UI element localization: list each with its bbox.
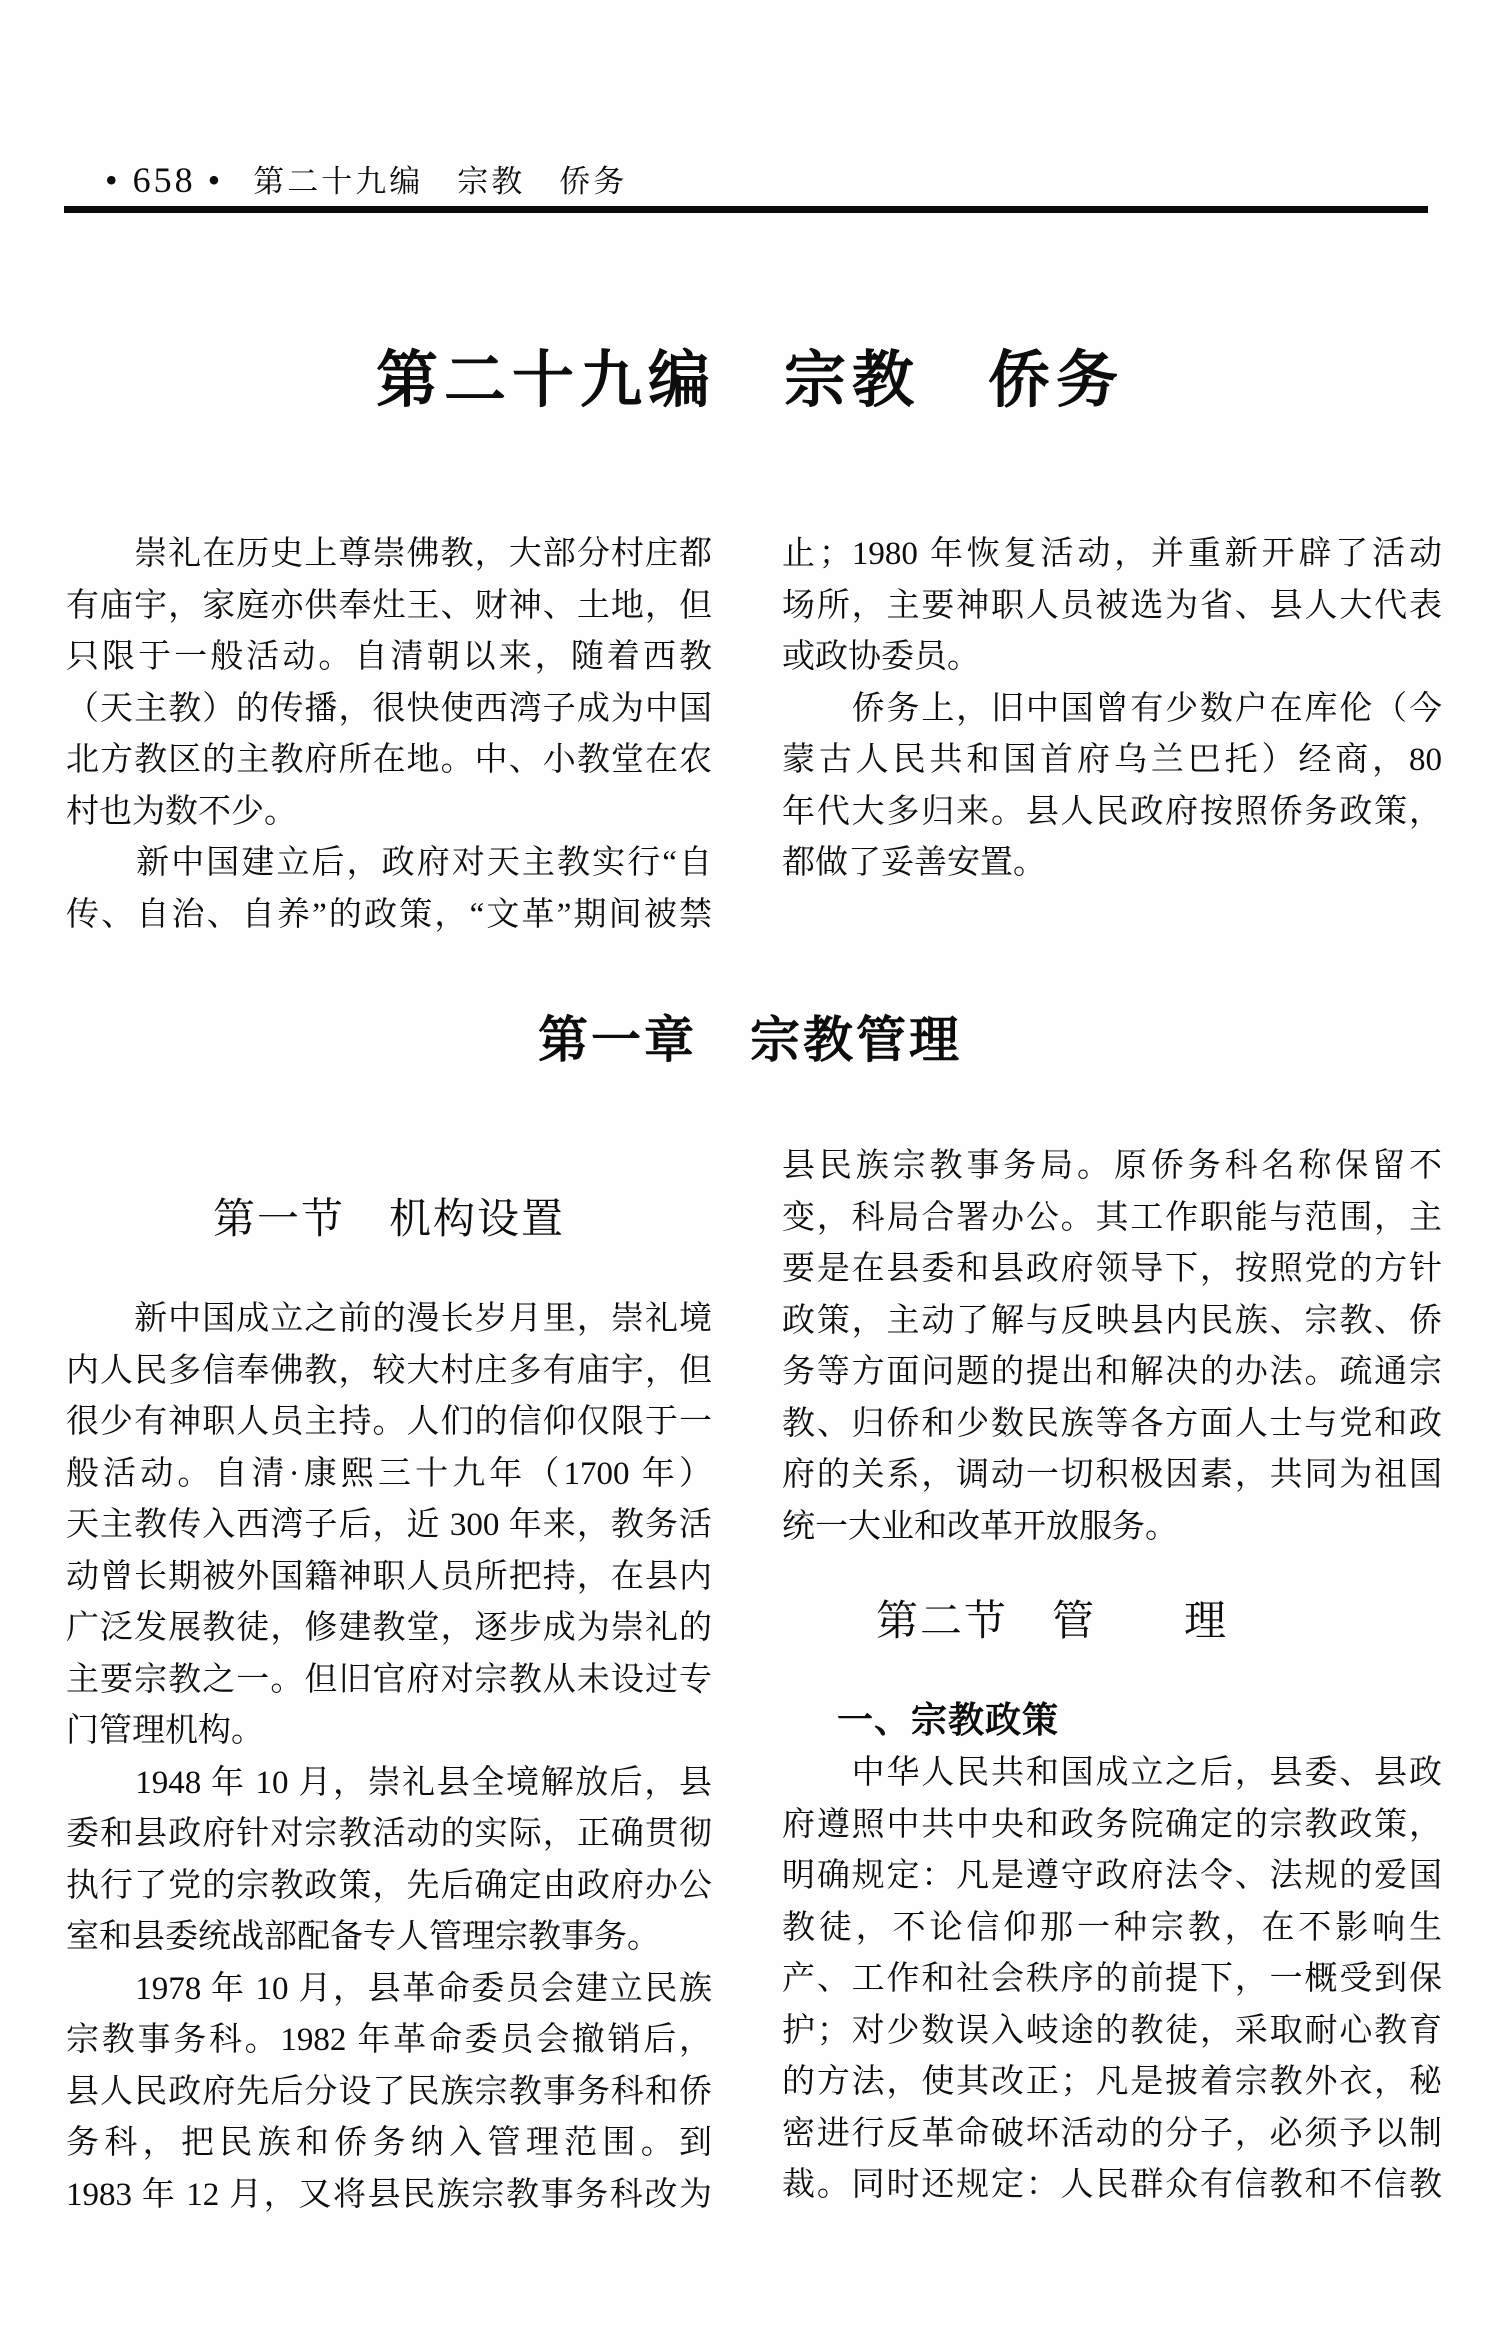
text-line: 侨务上，旧中国曾有少数户在库伦（今 xyxy=(782,684,1442,736)
scanned-book-page: • 658 •第二十九编 宗教 侨务 第二十九编 宗教 侨务 崇礼在历史上尊崇佛… xyxy=(0,0,1500,2331)
text-line: 委和县政府针对宗教活动的实际，正确贯彻 xyxy=(66,1809,712,1861)
page-number: • 658 • xyxy=(105,160,223,200)
section2-heading: 第二节 管 理 xyxy=(782,1588,1322,1648)
text-line: 动曾长期被外国籍神职人员所把持，在县内 xyxy=(66,1552,712,1604)
text-line: 年代大多归来。县人民政府按照侨务政策， xyxy=(782,787,1442,839)
text-line: 般活动。自清·康熙三十九年（1700 年） xyxy=(66,1449,712,1501)
text-line: 府遵照中共中央和政务院确定的宗教政策， xyxy=(782,1800,1442,1852)
text-line: 明确规定：凡是遵守政府法令、法规的爱国 xyxy=(782,1851,1442,1903)
text-line: 室和县委统战部配备专人管理宗教事务。 xyxy=(66,1912,712,1964)
text-line: 变，科局合署办公。其工作职能与范围，主 xyxy=(782,1193,1442,1245)
text-line: 的方法，使其改正；凡是披着宗教外衣，秘 xyxy=(782,2057,1442,2109)
text-line: 教、归侨和少数民族等各方面人士与党和政 xyxy=(782,1399,1442,1451)
text-line: 很少有神职人员主持。人们的信仰仅限于一 xyxy=(66,1397,712,1449)
text-line: 执行了党的宗教政策，先后确定由政府办公 xyxy=(66,1861,712,1913)
text-line: 县民族宗教事务局。原侨务科名称保留不 xyxy=(782,1141,1442,1193)
left-column-intro-text: 崇礼在历史上尊崇佛教，大部分村庄都有庙宇，家庭亦供奉灶王、财神、土地，但只限于一… xyxy=(66,529,712,941)
text-line: 场所，主要神职人员被选为省、县人大代表 xyxy=(782,581,1442,633)
text-line: 裁。同时还规定：人民群众有信教和不信教 xyxy=(782,2160,1442,2212)
right-column-body-text: 县民族宗教事务局。原侨务科名称保留不变，科局合署办公。其工作职能与范围，主要是在… xyxy=(782,1141,1442,1553)
text-line: 门管理机构。 xyxy=(66,1706,712,1758)
text-line: 内人民多信奉佛教，较大村庄多有庙宇，但 xyxy=(66,1346,712,1398)
text-line: 护；对少数误入岐途的教徒，采取耐心教育 xyxy=(782,2006,1442,2058)
text-line: 1948 年 10 月，崇礼县全境解放后，县 xyxy=(66,1758,712,1810)
text-line: 产、工作和社会秩序的前提下，一概受到保 xyxy=(782,1954,1442,2006)
text-line: 中华人民共和国成立之后，县委、县政 xyxy=(782,1748,1442,1800)
text-line: 村也为数不少。 xyxy=(66,787,712,839)
text-line: 教徒，不论信仰那一种宗教，在不影响生 xyxy=(782,1903,1442,1955)
text-line: 北方教区的主教府所在地。中、小教堂在农 xyxy=(66,735,712,787)
text-line: （天主教）的传播，很快使西湾子成为中国 xyxy=(66,684,712,736)
text-line: 宗教事务科。1982 年革命委员会撤销后， xyxy=(66,2015,712,2067)
text-line: 务科，把民族和侨务纳入管理范围。到 xyxy=(66,2118,712,2170)
text-line: 传、自治、自养”的政策，“文革”期间被禁 xyxy=(66,890,712,942)
text-line: 新中国成立之前的漫长岁月里，崇礼境 xyxy=(66,1294,712,1346)
header-divider xyxy=(64,206,1428,213)
text-line: 府的关系，调动一切积极因素，共同为祖国 xyxy=(782,1450,1442,1502)
text-line: 务等方面问题的提出和解决的办法。疏通宗 xyxy=(782,1347,1442,1399)
text-line: 只限于一般活动。自清朝以来，随着西教 xyxy=(66,632,712,684)
text-line: 蒙古人民共和国首府乌兰巴托）经商，80 xyxy=(782,735,1442,787)
text-line: 政策，主动了解与反映县内民族、宗教、侨 xyxy=(782,1296,1442,1348)
text-line: 密进行反革命破坏活动的分子，必须予以制 xyxy=(782,2109,1442,2161)
right-column-policy-text: 中华人民共和国成立之后，县委、县政府遵照中共中央和政务院确定的宗教政策，明确规定… xyxy=(782,1748,1442,2212)
text-line: 1983 年 12 月，又将县民族宗教事务科改为 xyxy=(66,2170,712,2222)
text-line: 广泛发展教徒，修建教堂，逐步成为崇礼的 xyxy=(66,1603,712,1655)
subsection1-heading: 一、宗教政策 xyxy=(837,1692,1059,1743)
text-line: 或政协委员。 xyxy=(782,632,1442,684)
left-column-body-text: 新中国成立之前的漫长岁月里，崇礼境内人民多信奉佛教，较大村庄多有庙宇，但很少有神… xyxy=(66,1294,712,2221)
text-line: 有庙宇，家庭亦供奉灶王、财神、土地，但 xyxy=(66,581,712,633)
right-column-intro-text: 止；1980 年恢复活动，并重新开辟了活动场所，主要神职人员被选为省、县人大代表… xyxy=(782,529,1442,890)
chapter-heading: 第一章 宗教管理 xyxy=(0,1000,1500,1072)
text-line: 主要宗教之一。但旧官府对宗教从未设过专 xyxy=(66,1655,712,1707)
text-line: 都做了妥善安置。 xyxy=(782,838,1442,890)
text-line: 统一大业和改革开放服务。 xyxy=(782,1502,1442,1554)
page-header: • 658 •第二十九编 宗教 侨务 xyxy=(105,156,627,201)
running-title: 第二十九编 宗教 侨务 xyxy=(253,164,627,199)
text-line: 天主教传入西湾子后，近 300 年来，教务活 xyxy=(66,1500,712,1552)
section1-heading: 第一节 机构设置 xyxy=(66,1186,712,1246)
part-title: 第二十九编 宗教 侨务 xyxy=(0,330,1500,419)
text-line: 1978 年 10 月，县革命委员会建立民族 xyxy=(66,1964,712,2016)
text-line: 止；1980 年恢复活动，并重新开辟了活动 xyxy=(782,529,1442,581)
text-line: 县人民政府先后分设了民族宗教事务科和侨 xyxy=(66,2067,712,2119)
text-line: 新中国建立后，政府对天主教实行“自 xyxy=(66,838,712,890)
text-line: 要是在县委和县政府领导下，按照党的方针 xyxy=(782,1244,1442,1296)
text-line: 崇礼在历史上尊崇佛教，大部分村庄都 xyxy=(66,529,712,581)
